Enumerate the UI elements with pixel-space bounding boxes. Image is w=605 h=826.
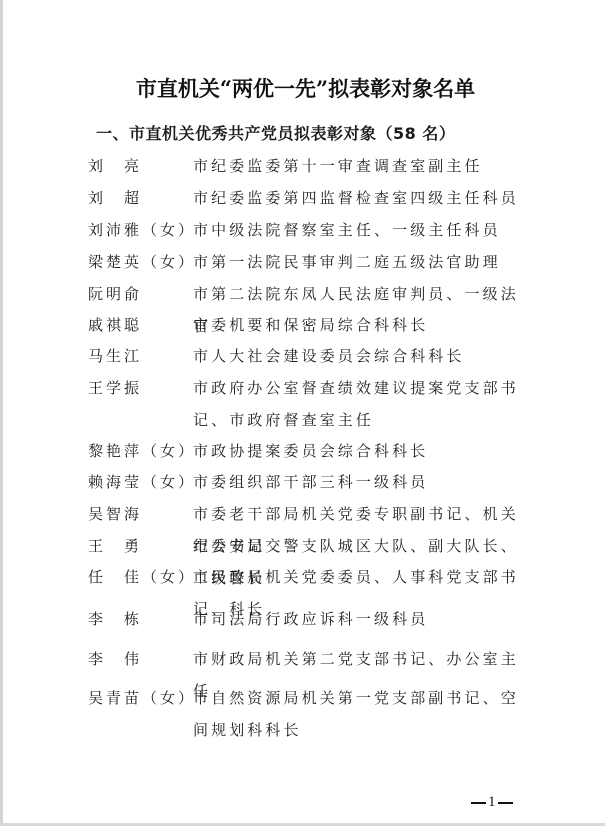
person-name: 阮明俞 (88, 279, 193, 311)
person-name: 马生江 (88, 341, 193, 373)
person-position: 市政协提案委员会综合科科长 (193, 436, 533, 468)
document-page: 市直机关“两优一先”拟表彰对象名单 一、市直机关优秀共产党员拟表彰对象（58 名… (0, 0, 605, 826)
page-number: 1 (469, 793, 515, 811)
page-number-value: 1 (488, 794, 496, 810)
person-name: 刘沛雅（女） (88, 215, 193, 247)
person-name: 王 勇 (88, 531, 193, 563)
person-position: 市司法局行政应诉科一级科员 (193, 604, 533, 636)
person-position: 市委机要和保密局综合科科长 (193, 310, 533, 342)
person-name: 刘 超 (88, 183, 193, 215)
person-name: 李 伟 (88, 644, 193, 676)
person-name: 黎艳萍（女） (88, 436, 193, 468)
person-position: 市政府办公室督查绩效建议提案党支部书记、市政府督查室主任 (193, 373, 533, 436)
person-name: 梁楚英（女） (88, 247, 193, 279)
person-name: 任 佳（女） (88, 562, 193, 594)
dash-right (498, 802, 513, 804)
person-position: 市自然资源局机关第一党支部副书记、空间规划科科长 (193, 683, 533, 746)
person-name: 吴智海 (88, 499, 193, 531)
dash-left (471, 802, 486, 804)
person-name: 刘 亮 (88, 151, 193, 183)
person-name: 戚祺聪 (88, 310, 193, 342)
person-name: 赖海莹（女） (88, 467, 193, 499)
person-name: 李 栋 (88, 604, 193, 636)
person-position: 市纪委监委第十一审查调查室副主任 (193, 151, 533, 183)
document-title: 市直机关“两优一先”拟表彰对象名单 (3, 74, 605, 104)
person-position: 市纪委监委第四监督检查室四级主任科员 (193, 183, 533, 215)
person-position: 市委组织部干部三科一级科员 (193, 467, 533, 499)
person-name: 王学振 (88, 373, 193, 405)
person-position: 市人大社会建设委员会综合科科长 (193, 341, 533, 373)
section-heading: 一、市直机关优秀共产党员拟表彰对象（58 名） (96, 124, 455, 144)
person-name: 吴青苗（女） (88, 683, 193, 715)
person-position: 市中级法院督察室主任、一级主任科员 (193, 215, 533, 247)
person-position: 市第一法院民事审判二庭五级法官助理 (193, 247, 533, 279)
